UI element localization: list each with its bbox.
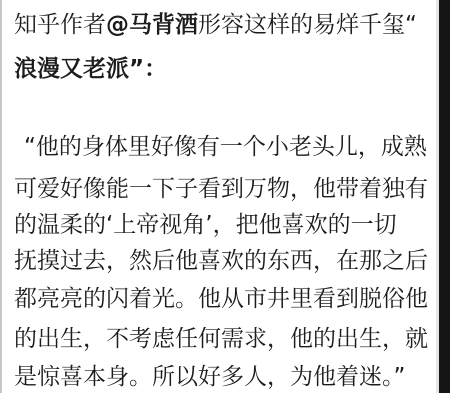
intro-line-2: 浪漫又老派”： bbox=[14, 58, 167, 81]
intro-line2-suffix: ”： bbox=[129, 56, 167, 82]
quote-line: 是惊喜本身。所以好多人，为他着迷。” bbox=[14, 366, 405, 389]
quote-line: 的出生，不考虑任何需求，他的出生，就 bbox=[14, 328, 428, 351]
left-border bbox=[0, 0, 2, 393]
intro-line-1: 知乎作者@马背酒形容这样的易烊千玺“ bbox=[14, 14, 417, 37]
right-dark-bar bbox=[439, 0, 450, 393]
intro-prefix: 知乎作者 bbox=[14, 12, 106, 38]
quote-line: 都亮亮的闪着光。他从市井里看到脱俗他 bbox=[14, 288, 428, 311]
author-mention: @马背酒 bbox=[106, 12, 198, 38]
quote-line: 可爱好像能一下子看到万物，他带着独有 bbox=[14, 178, 428, 201]
intro-highlight: 浪漫又老派 bbox=[14, 56, 129, 82]
intro-suffix: 形容这样的易烊千玺“ bbox=[198, 12, 417, 38]
quote-line: “他的身体里好像有一个小老头儿，成熟 bbox=[24, 136, 427, 159]
quote-line: 的温柔的‘上帝视角’，把他喜欢的一切 bbox=[14, 214, 397, 237]
quote-line: 抚摸过去，然后他喜欢的东西，在那之后 bbox=[14, 250, 428, 273]
document-page: 知乎作者@马背酒形容这样的易烊千玺“ 浪漫又老派”： “他的身体里好像有一个小老… bbox=[0, 0, 450, 393]
